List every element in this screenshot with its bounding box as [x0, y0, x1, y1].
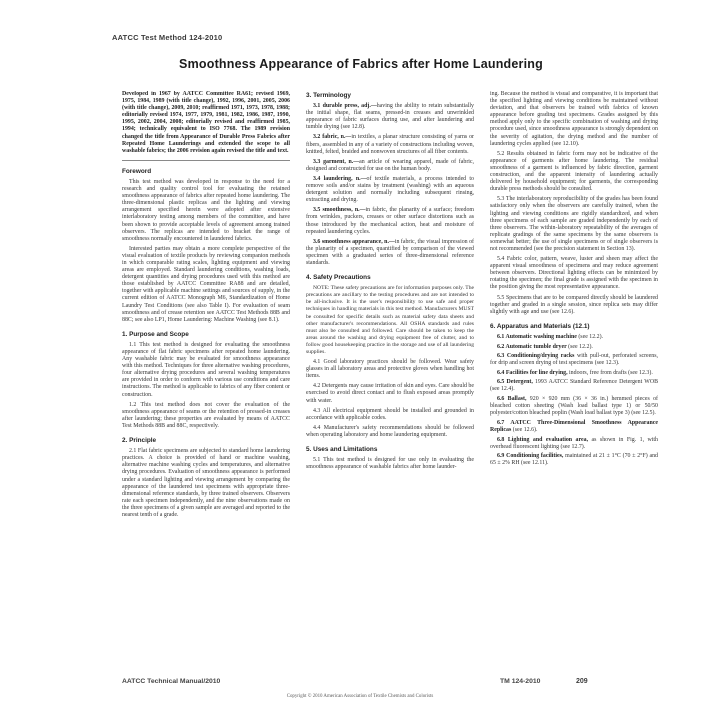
paragraph: This test method was developed in respon…	[122, 179, 290, 243]
paragraph: 4.2 Detergents may cause irritation of s…	[306, 383, 474, 404]
footer-manual-name: AATCC Technical Manual/2010	[122, 678, 220, 685]
section-heading: 5. Uses and Limitations	[306, 446, 474, 453]
section-heading: 2. Principle	[122, 437, 290, 444]
paragraph: 4.1 Good laboratory practices should be …	[306, 359, 474, 380]
text-column-3: ing. Because the method is visual and co…	[490, 91, 658, 663]
footer-page-number: 209	[576, 678, 588, 685]
paragraph: 3.5 smoothness, n.—in fabric, the planar…	[306, 207, 474, 235]
paragraph: 5.4 Fabric color, pattern, weave, luster…	[490, 256, 658, 291]
paragraph: 6.1 Automatic washing machine (see 12.2)…	[490, 334, 658, 341]
section-heading: 1. Purpose and Scope	[122, 331, 290, 338]
paragraph: NOTE: These safety precautions are for i…	[306, 285, 474, 356]
divider-rule	[122, 160, 290, 161]
paragraph: 6.9 Conditioning facilities, maintained …	[490, 453, 658, 467]
paragraph: 6.2 Automatic tumble dryer (see 12.2).	[490, 344, 658, 351]
paragraph: 6.6 Ballast, 920 × 920 mm (36 × 36 in.) …	[490, 396, 658, 417]
section-heading: 3. Terminology	[306, 92, 474, 99]
text-column-1: Developed in 1967 by AATCC Committee RA6…	[122, 91, 290, 663]
paragraph: 3.2 fabric, n.—in textiles, a planar str…	[306, 134, 474, 155]
paragraph: 3.3 garment, n.—an article of wearing ap…	[306, 159, 474, 173]
paragraph: 4.4 Manufacturer's safety recommendation…	[306, 425, 474, 439]
paragraph: 5.5 Specimens that are to be compared di…	[490, 295, 658, 316]
paragraph: 1.2 This test method does not cover the …	[122, 402, 290, 430]
paragraph: 5.1 This test method is designed for use…	[306, 457, 474, 471]
paragraph: 6.4 Facilities for line drying, indoors,…	[490, 370, 658, 377]
paragraph: 6.3 Conditioning/drying racks with pull-…	[490, 353, 658, 367]
section-heading: 4. Safety Precautions	[306, 274, 474, 281]
paragraph: 6.7 AATCC Three-Dimensional Smoothness A…	[490, 420, 658, 434]
paragraph: 3.1 durable press, adj.—having the abili…	[306, 103, 474, 131]
section-heading: Foreword	[122, 168, 290, 175]
paragraph: 3.6 smoothness appearance, n.—in fabric,…	[306, 239, 474, 267]
paragraph: 2.1 Flat fabric specimens are subjected …	[122, 448, 290, 519]
section-heading: 6. Apparatus and Materials (12.1)	[490, 323, 658, 330]
footer-method-number: TM 124-2010	[500, 678, 540, 685]
paragraph: 5.2 Results obtained in fabric form may …	[490, 151, 658, 194]
document-page: AATCC Test Method 124-2010 Smoothness Ap…	[0, 0, 722, 722]
paragraph: 5.3 The interlaboratory reproducibility …	[490, 196, 658, 253]
paragraph: 6.5 Detergent, 1993 AATCC Standard Refer…	[490, 379, 658, 393]
paragraph: 3.4 laundering, n.—of textile materials,…	[306, 176, 474, 204]
text-column-2: 3. Terminology3.1 durable press, adj.—ha…	[306, 91, 474, 663]
revision-history: Developed in 1967 by AATCC Committee RA6…	[122, 91, 290, 155]
paragraph: Interested parties may obtain a more com…	[122, 246, 290, 324]
paragraph: 4.3 All electrical equipment should be i…	[306, 408, 474, 422]
paragraph: ing. Because the method is visual and co…	[490, 91, 658, 148]
doc-header-method-number: AATCC Test Method 124-2010	[112, 33, 222, 42]
footer-copyright: Copyright © 2010 American Association of…	[120, 694, 600, 699]
paragraph: 6.8 Lighting and evaluation area, as sho…	[490, 437, 658, 451]
paragraph: 1.1 This test method is designed for eva…	[122, 342, 290, 399]
page-title: Smoothness Appearance of Fabrics after H…	[0, 57, 722, 71]
